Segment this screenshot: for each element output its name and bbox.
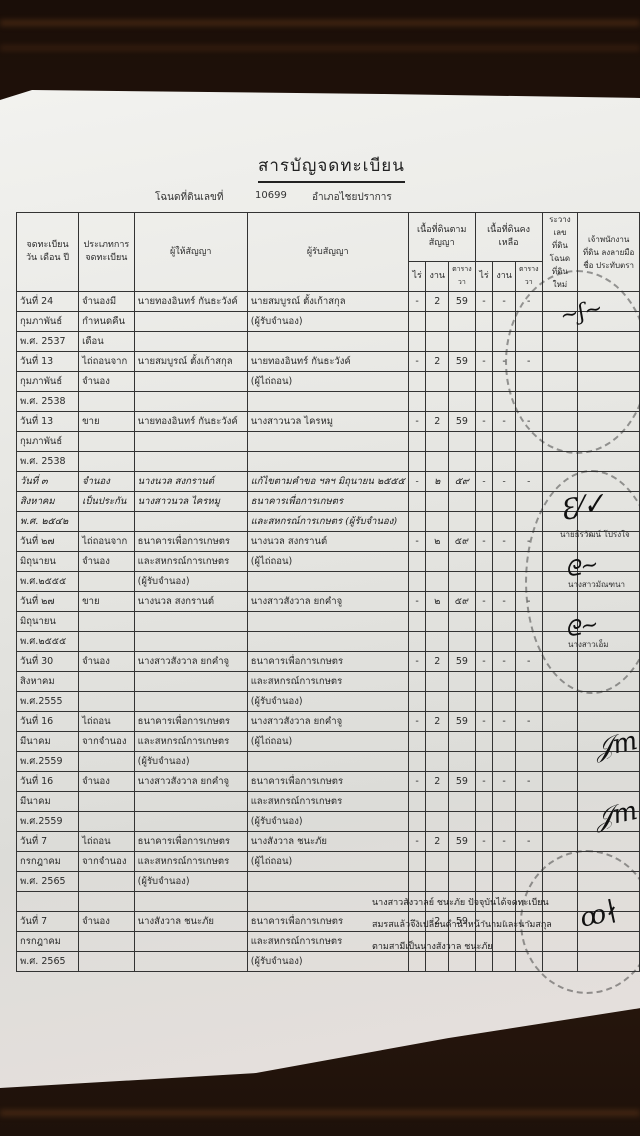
cell-date: พ.ศ.๒๕๕๕ <box>17 572 79 592</box>
cell-giver: นางสาวสังวาล ยกคำจู <box>134 772 247 792</box>
cell-area-contract <box>408 392 426 412</box>
cell-area-contract: 59 <box>449 652 476 672</box>
cell-area-contract <box>408 492 426 512</box>
header-receiver: ผู้รับสัญญา <box>247 213 408 292</box>
deed-label: โฉนดที่ดินเลขที่ <box>155 190 223 205</box>
cell-official <box>578 452 640 472</box>
cell-type: จากจำนอง <box>79 852 135 872</box>
cell-receiver <box>247 872 408 892</box>
cell-giver <box>134 432 247 452</box>
cell-giver: นางนวล สงกรานต์ <box>134 472 247 492</box>
cell-area-contract: 59 <box>449 412 476 432</box>
cell-area-contract: - <box>408 652 426 672</box>
cell-area-remaining <box>515 812 542 832</box>
name-change-note: ตามสามีเป็นนางสังวาล ชนะภัย <box>372 939 493 953</box>
cell-area-remaining: - <box>493 652 516 672</box>
cell-area-remaining <box>475 332 493 352</box>
cell-giver: (ผู้รับจำนอง) <box>134 872 247 892</box>
cell-area-contract <box>449 392 476 412</box>
cell-type <box>79 692 135 712</box>
header-giver: ผู้ให้สัญญา <box>134 213 247 292</box>
cell-area-contract <box>426 552 449 572</box>
cell-area-contract: - <box>408 352 426 372</box>
cell-area-remaining: - <box>493 412 516 432</box>
cell-area-remaining: - <box>515 772 542 792</box>
cell-area-contract <box>449 872 476 892</box>
cell-area-contract <box>426 812 449 832</box>
cell-area-remaining <box>475 392 493 412</box>
cell-type: ไถ่ถอนจาก <box>79 352 135 372</box>
cell-area-remaining <box>475 372 493 392</box>
deed-number: 10699 <box>255 190 287 201</box>
cell-area-contract <box>449 512 476 532</box>
cell-giver <box>134 452 247 472</box>
cell-area-remaining: - <box>475 772 493 792</box>
cell-area-remaining <box>493 612 516 632</box>
cell-area-remaining: - <box>475 712 493 732</box>
cell-map-ref <box>542 452 578 472</box>
cell-area-contract <box>408 332 426 352</box>
cell-area-contract: 59 <box>449 292 476 312</box>
unit-wa: ตารางวา <box>449 261 476 291</box>
cell-area-contract <box>426 492 449 512</box>
cell-area-contract: - <box>408 292 426 312</box>
cell-area-contract: ๕๙ <box>449 532 476 552</box>
cell-area-remaining: - <box>475 532 493 552</box>
cell-date: มิถุนายน <box>17 552 79 572</box>
cell-date: วันที่ 7 <box>17 912 79 932</box>
cell-giver <box>134 512 247 532</box>
cell-map-ref <box>542 712 578 732</box>
cell-area-contract <box>449 572 476 592</box>
cell-map-ref <box>542 792 578 812</box>
table-row: มีนาคมจากจำนองและสหกรณ์การเกษตร(ผู้ไถ่ถอ… <box>17 732 640 752</box>
cell-area-contract <box>426 332 449 352</box>
cell-giver: นายทองอินทร์ กันธะวังค์ <box>134 412 247 432</box>
header-date: จดทะเบียน วัน เดือน ปี <box>17 213 79 292</box>
cell-type <box>79 792 135 812</box>
cell-type: จำนอง <box>79 372 135 392</box>
cell-area-remaining <box>493 872 516 892</box>
cell-date: พ.ศ. 2565 <box>17 952 79 972</box>
cell-area-contract <box>408 552 426 572</box>
cell-area-contract <box>449 552 476 572</box>
cell-type: เดือน <box>79 332 135 352</box>
cell-area-remaining <box>493 552 516 572</box>
cell-date: พ.ศ.2559 <box>17 752 79 772</box>
cell-area-remaining: - <box>493 292 516 312</box>
cell-type <box>79 452 135 472</box>
cell-giver: ธนาคารเพื่อการเกษตร <box>134 712 247 732</box>
cell-area-remaining <box>515 752 542 772</box>
cell-area-remaining <box>475 572 493 592</box>
cell-date: วันที่ 7 <box>17 832 79 852</box>
cell-area-remaining: - <box>493 592 516 612</box>
cell-area-contract: - <box>408 592 426 612</box>
cell-map-ref <box>542 812 578 832</box>
cell-area-contract <box>408 812 426 832</box>
cell-giver: นางสังวาล ชนะภัย <box>134 912 247 932</box>
cell-date <box>17 892 79 912</box>
cell-area-remaining: - <box>493 712 516 732</box>
cell-giver <box>134 692 247 712</box>
cell-receiver: (ผู้ไถ่ถอน) <box>247 852 408 872</box>
cell-date: พ.ศ.2559 <box>17 812 79 832</box>
cell-area-remaining <box>515 452 542 472</box>
cell-area-remaining: - <box>515 472 542 492</box>
cell-type <box>79 512 135 532</box>
table-row: พ.ศ. 2538 <box>17 452 640 472</box>
unit-rai: ไร่ <box>475 261 493 291</box>
cell-area-remaining <box>475 812 493 832</box>
table-row: สิงหาคมและสหกรณ์การเกษตร <box>17 672 640 692</box>
cell-date: วันที่ 16 <box>17 772 79 792</box>
cell-giver: (ผู้รับจำนอง) <box>134 752 247 772</box>
cell-area-contract: 2 <box>426 412 449 432</box>
cell-area-remaining <box>493 812 516 832</box>
cell-date: วันที่ 24 <box>17 292 79 312</box>
cell-receiver: (ผู้ไถ่ถอน) <box>247 552 408 572</box>
cell-receiver: และสหกรณ์การเกษตร (ผู้รับจำนอง) <box>247 512 408 532</box>
cell-area-remaining <box>515 792 542 812</box>
cell-area-contract: ๒ <box>426 592 449 612</box>
cell-area-remaining <box>475 432 493 452</box>
cell-receiver <box>247 432 408 452</box>
cell-giver: นางสาวนวล ไครหมู <box>134 492 247 512</box>
header-area-contract: เนื้อที่ดินตามสัญญา <box>408 213 475 262</box>
cell-receiver <box>247 752 408 772</box>
cell-date: พ.ศ. 2565 <box>17 872 79 892</box>
cell-area-contract <box>408 452 426 472</box>
cell-area-contract <box>426 872 449 892</box>
cell-area-contract <box>408 792 426 812</box>
cell-receiver: (ผู้ไถ่ถอน) <box>247 372 408 392</box>
cell-receiver: (ผู้รับจำนอง) <box>247 812 408 832</box>
cell-receiver <box>247 612 408 632</box>
table-row: วันที่ 16ไถ่ถอนธนาคารเพื่อการเกษตรนางสาว… <box>17 712 640 732</box>
cell-area-contract <box>408 372 426 392</box>
cell-type: จำนอง <box>79 652 135 672</box>
cell-area-remaining <box>493 632 516 652</box>
cell-area-remaining: - <box>475 292 493 312</box>
cell-area-contract: 59 <box>449 712 476 732</box>
cell-area-remaining: - <box>475 412 493 432</box>
cell-area-contract <box>449 612 476 632</box>
cell-official <box>578 692 640 712</box>
cell-area-contract <box>426 512 449 532</box>
cell-area-contract: - <box>408 832 426 852</box>
cell-receiver: นางนวล สงกรานต์ <box>247 532 408 552</box>
cell-giver <box>134 812 247 832</box>
cell-area-contract: 2 <box>426 772 449 792</box>
cell-area-remaining <box>493 572 516 592</box>
cell-type <box>79 632 135 652</box>
cell-area-remaining: - <box>515 832 542 852</box>
cell-area-contract <box>426 372 449 392</box>
cell-area-contract <box>449 492 476 512</box>
cell-area-contract <box>449 812 476 832</box>
cell-receiver: ธนาคารเพื่อการเกษตร <box>247 772 408 792</box>
cell-date: วันที่ ๒๗ <box>17 592 79 612</box>
cell-area-contract <box>408 872 426 892</box>
cell-giver: ธนาคารเพื่อการเกษตร <box>134 832 247 852</box>
cell-area-contract <box>408 612 426 632</box>
cell-type <box>79 432 135 452</box>
cell-area-remaining: - <box>493 472 516 492</box>
cell-map-ref <box>542 752 578 772</box>
name-change-note: สมรสแล้วจึงเปลี่ยนคำนำหน้านามและนามสกุล <box>372 917 552 931</box>
cell-area-contract: 2 <box>426 832 449 852</box>
cell-area-remaining <box>493 512 516 532</box>
cell-type: จำนอง <box>79 472 135 492</box>
cell-map-ref <box>542 772 578 792</box>
cell-area-contract <box>426 852 449 872</box>
cell-area-remaining: - <box>515 652 542 672</box>
cell-area-remaining: - <box>475 652 493 672</box>
cell-area-contract <box>449 632 476 652</box>
cell-receiver: (ผู้ไถ่ถอน) <box>247 732 408 752</box>
cell-type: ไถ่ถอนจาก <box>79 532 135 552</box>
cell-area-remaining <box>475 692 493 712</box>
cell-giver: นางนวล สงกรานต์ <box>134 592 247 612</box>
cell-area-remaining <box>493 492 516 512</box>
cell-receiver: นายสมบูรณ์ ตั้งเก้าสกุล <box>247 292 408 312</box>
cell-receiver: นางสาวนวล ไครหมู <box>247 412 408 432</box>
table-row: มีนาคมและสหกรณ์การเกษตร <box>17 792 640 812</box>
cell-date: กุมภาพันธ์ <box>17 312 79 332</box>
cell-area-contract: ๕๙ <box>449 472 476 492</box>
cell-type: ขาย <box>79 412 135 432</box>
cell-area-contract <box>426 432 449 452</box>
cell-area-remaining <box>493 432 516 452</box>
cell-area-remaining: - <box>475 832 493 852</box>
cell-area-remaining <box>475 852 493 872</box>
cell-giver <box>134 792 247 812</box>
cell-area-contract <box>408 632 426 652</box>
cell-area-remaining <box>515 852 542 872</box>
cell-type: จากจำนอง <box>79 732 135 752</box>
cell-area-remaining <box>515 692 542 712</box>
cell-area-remaining: - <box>493 832 516 852</box>
cell-type <box>79 932 135 952</box>
cell-area-contract <box>408 952 426 972</box>
cell-area-remaining <box>515 492 542 512</box>
cell-giver: ธนาคารเพื่อการเกษตร <box>134 532 247 552</box>
cell-area-contract: 59 <box>449 352 476 372</box>
cell-type: ขาย <box>79 592 135 612</box>
cell-area-contract <box>408 852 426 872</box>
cell-area-contract <box>408 732 426 752</box>
cell-area-contract <box>449 372 476 392</box>
cell-giver <box>134 892 247 912</box>
cell-receiver: และสหกรณ์การเกษตร <box>247 672 408 692</box>
cell-area-remaining <box>475 452 493 472</box>
cell-giver <box>134 392 247 412</box>
cell-area-remaining <box>475 552 493 572</box>
cell-area-contract <box>449 332 476 352</box>
cell-area-contract: ๕๙ <box>449 592 476 612</box>
cell-type: ไถ่ถอน <box>79 832 135 852</box>
cell-area-contract <box>449 692 476 712</box>
cell-date: กรกฎาคม <box>17 852 79 872</box>
cell-type: เป็นประกัน <box>79 492 135 512</box>
cell-area-remaining <box>475 872 493 892</box>
cell-giver <box>134 312 247 332</box>
cell-area-contract <box>449 432 476 452</box>
cell-map-ref <box>542 832 578 852</box>
cell-date: มิถุนายน <box>17 612 79 632</box>
cell-receiver: นางสังวาล ชนะภัย <box>247 832 408 852</box>
cell-type <box>79 572 135 592</box>
cell-date: มีนาคม <box>17 732 79 752</box>
cell-area-contract <box>426 732 449 752</box>
cell-area-remaining: - <box>493 532 516 552</box>
table-row: วันที่ 16จำนองนางสาวสังวาล ยกคำจูธนาคารเ… <box>17 772 640 792</box>
cell-area-contract <box>426 632 449 652</box>
cell-area-contract <box>408 692 426 712</box>
cell-area-contract <box>426 692 449 712</box>
cell-giver: และสหกรณ์การเกษตร <box>134 732 247 752</box>
cell-receiver: (ผู้รับจำนอง) <box>247 952 408 972</box>
cell-area-contract: - <box>408 532 426 552</box>
official-name: นางสาวมัณฑนา <box>568 578 625 591</box>
cell-official <box>578 772 640 792</box>
header-type: ประเภทการจดทะเบียน <box>79 213 135 292</box>
cell-giver <box>134 672 247 692</box>
cell-area-remaining <box>475 632 493 652</box>
cell-date: วันที่ ๒๗ <box>17 532 79 552</box>
cell-receiver <box>247 392 408 412</box>
official-name: นางสาวเอ็ม <box>568 638 609 651</box>
table-row: วันที่ ๓จำนองนางนวล สงกรานต์แก้ไขตามคำขอ… <box>17 472 640 492</box>
cell-area-contract <box>426 752 449 772</box>
cell-giver <box>134 332 247 352</box>
cell-receiver: ธนาคารเพื่อการเกษตร <box>247 652 408 672</box>
cell-receiver: แก้ไขตามคำขอ ฯลฯ มิถุนายน ๒๕๕๕ <box>247 472 408 492</box>
cell-area-remaining: - <box>493 772 516 792</box>
cell-area-contract <box>408 752 426 772</box>
cell-area-contract <box>449 852 476 872</box>
cell-area-remaining: - <box>475 592 493 612</box>
cell-area-contract: - <box>408 712 426 732</box>
cell-type: ไถ่ถอน <box>79 712 135 732</box>
cell-receiver <box>247 632 408 652</box>
table-row: พ.ศ.2559(ผู้รับจำนอง) <box>17 812 640 832</box>
cell-receiver <box>247 572 408 592</box>
table-row: พ.ศ.2555(ผู้รับจำนอง) <box>17 692 640 712</box>
cell-type <box>79 872 135 892</box>
cell-area-contract <box>449 752 476 772</box>
cell-type: จำนองมี <box>79 292 135 312</box>
cell-area-remaining <box>475 752 493 772</box>
cell-area-contract: 2 <box>426 652 449 672</box>
cell-area-contract: ๒ <box>426 532 449 552</box>
cell-area-contract <box>426 572 449 592</box>
cell-date: วันที่ 16 <box>17 712 79 732</box>
cell-area-contract: - <box>408 472 426 492</box>
cell-date: สิงหาคม <box>17 672 79 692</box>
cell-area-contract <box>408 512 426 532</box>
cell-date: พ.ศ. 2538 <box>17 392 79 412</box>
cell-date: วันที่ 13 <box>17 412 79 432</box>
cell-area-remaining: - <box>475 352 493 372</box>
cell-giver: นายทองอินทร์ กันธะวังค์ <box>134 292 247 312</box>
cell-area-remaining <box>475 492 493 512</box>
cell-area-remaining <box>475 792 493 812</box>
cell-area-remaining <box>493 952 516 972</box>
cell-area-contract: 2 <box>426 352 449 372</box>
cell-area-remaining <box>475 672 493 692</box>
cell-area-contract: 59 <box>449 832 476 852</box>
cell-area-contract <box>408 572 426 592</box>
cell-giver <box>134 612 247 632</box>
cell-receiver: (ผู้รับจำนอง) <box>247 692 408 712</box>
cell-giver <box>134 952 247 972</box>
cell-type <box>79 672 135 692</box>
unit-ngan: งาน <box>426 261 449 291</box>
cell-receiver <box>247 332 408 352</box>
cell-type <box>79 752 135 772</box>
official-stamp <box>505 270 640 454</box>
cell-area-contract <box>449 732 476 752</box>
page-title: สารบัญจดทะเบียน <box>258 152 405 183</box>
official-name: นายธีรวัฒน์ โปร่งใจ <box>560 528 630 541</box>
cell-type: กำหนดคืน <box>79 312 135 332</box>
cell-area-remaining <box>475 732 493 752</box>
cell-type <box>79 952 135 972</box>
cell-area-remaining <box>475 312 493 332</box>
cell-type: จำนอง <box>79 552 135 572</box>
cell-date: วันที่ 30 <box>17 652 79 672</box>
cell-giver <box>134 632 247 652</box>
cell-date: กุมภาพันธ์ <box>17 432 79 452</box>
cell-giver <box>134 932 247 952</box>
cell-map-ref <box>542 732 578 752</box>
cell-giver: นางสาวสังวาล ยกคำจู <box>134 652 247 672</box>
cell-receiver: นายทองอินทร์ กันธะวังค์ <box>247 352 408 372</box>
cell-area-contract <box>449 792 476 812</box>
cell-area-contract <box>426 792 449 812</box>
cell-area-contract: 59 <box>449 772 476 792</box>
cell-area-contract: - <box>408 772 426 792</box>
cell-area-contract <box>449 312 476 332</box>
cell-area-remaining: - <box>475 472 493 492</box>
cell-area-contract: 2 <box>426 292 449 312</box>
cell-area-contract <box>426 452 449 472</box>
cell-area-remaining <box>493 752 516 772</box>
cell-type <box>79 892 135 912</box>
cell-area-remaining <box>493 692 516 712</box>
cell-receiver <box>247 452 408 472</box>
cell-receiver: และสหกรณ์การเกษตร <box>247 792 408 812</box>
cell-area-contract <box>408 312 426 332</box>
cell-area-remaining <box>475 612 493 632</box>
cell-area-contract <box>426 612 449 632</box>
cell-area-remaining <box>493 852 516 872</box>
cell-receiver: นางสาวสังวาล ยกคำจู <box>247 592 408 612</box>
cell-receiver: นางสาวสังวาล ยกคำจู <box>247 712 408 732</box>
table-row: พ.ศ.2559(ผู้รับจำนอง) <box>17 752 640 772</box>
cell-date: พ.ศ. ๒๕๔๒ <box>17 512 79 532</box>
cell-area-remaining <box>515 732 542 752</box>
cell-area-remaining <box>493 932 516 952</box>
cell-giver: (ผู้รับจำนอง) <box>134 572 247 592</box>
cell-receiver: ธนาคารเพื่อการเกษตร <box>247 492 408 512</box>
cell-giver <box>134 372 247 392</box>
table-row: วันที่ 7ไถ่ถอนธนาคารเพื่อการเกษตรนางสังว… <box>17 832 640 852</box>
cell-area-contract <box>449 452 476 472</box>
header-area-remaining: เนื้อที่ดินคงเหลือ <box>475 213 542 262</box>
